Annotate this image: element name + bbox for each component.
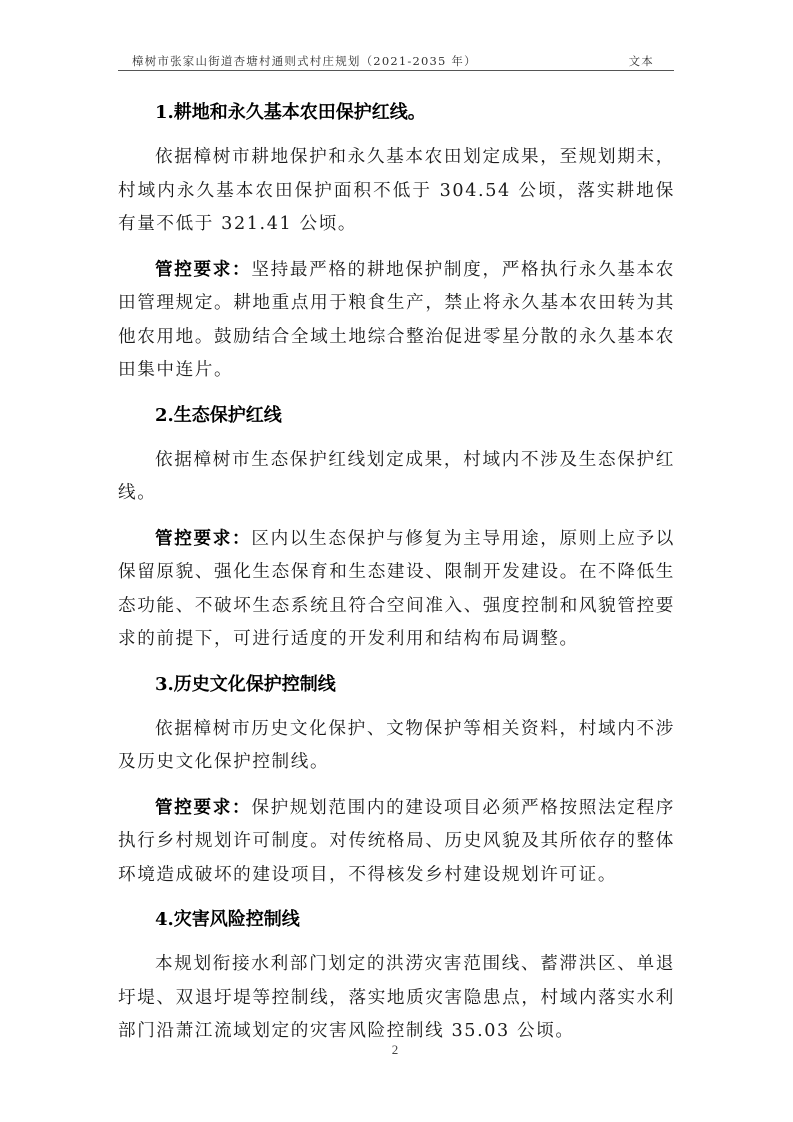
section-control-heritage: 管控要求：保护规划范围内的建设项目必须严格按照法定程序执行乡村规划许可制度。对传… <box>118 791 675 893</box>
section-heading-heritage: 3.历史文化保护控制线 <box>118 668 675 701</box>
section-control-farmland: 管控要求：坚持最严格的耕地保护制度，严格执行永久基本农田管理规定。耕地重点用于粮… <box>118 253 675 388</box>
section-intro-heritage: 依据樟树市历史文化保护、文物保护等相关资料，村域内不涉及历史文化保护控制线。 <box>118 713 675 780</box>
section-intro-ecology: 依据樟树市生态保护红线划定成果，村域内不涉及生态保护红线。 <box>118 444 675 511</box>
header-title: 樟树市张家山街道杏塘村通则式村庄规划（2021-2035 年） <box>132 53 477 69</box>
section-intro-disaster: 本规划衔接水利部门划定的洪涝灾害范围线、蓄滞洪区、单退圩堤、双退圩堤等控制线，落… <box>118 948 675 1049</box>
section-control-ecology: 管控要求：区内以生态保护与修复为主导用途，原则上应予以保留原貌、强化生态保育和生… <box>118 522 675 657</box>
document-page: 樟树市张家山街道杏塘村通则式村庄规划（2021-2035 年） 文本 1.耕地和… <box>0 0 793 1122</box>
section-heading-ecology: 2.生态保护红线 <box>118 399 675 432</box>
section-heading-disaster: 4.灾害风险控制线 <box>118 903 675 936</box>
section-heading-farmland: 1.耕地和永久基本农田保护红线。 <box>118 96 675 129</box>
page-header: 樟树市张家山街道杏塘村通则式村庄规划（2021-2035 年） 文本 <box>118 50 674 71</box>
page-content: 1.耕地和永久基本农田保护红线。 依据樟树市耕地保护和永久基本农田划定成果，至规… <box>118 96 675 1060</box>
header-doc-type: 文本 <box>629 53 654 69</box>
control-label: 管控要求： <box>155 259 251 280</box>
page-number: 2 <box>380 1042 410 1058</box>
control-label: 管控要求： <box>155 528 251 549</box>
section-intro-farmland: 依据樟树市耕地保护和永久基本农田划定成果，至规划期末，村域内永久基本农田保护面积… <box>118 141 675 242</box>
control-label: 管控要求： <box>155 797 251 818</box>
